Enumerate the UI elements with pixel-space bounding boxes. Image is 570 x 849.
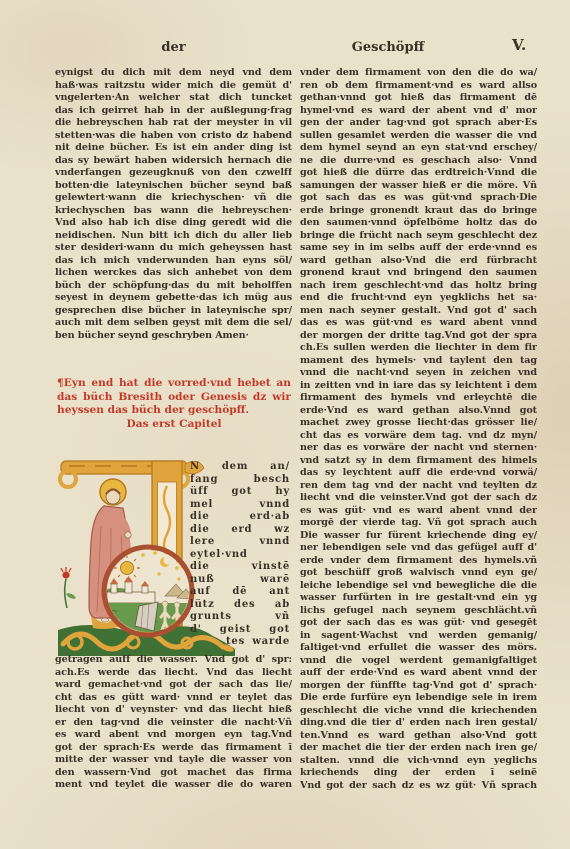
text-line: den saumen·vnnd öpfelböme holtz das do	[300, 217, 537, 230]
text-line: nach irem geschlecht·vnd das holtz bring	[300, 280, 537, 293]
text-line: gronend kraut vnd bringend den saumen	[300, 267, 537, 280]
rubric-heading: ¶Eyn end hat die vorred·vnd hebet andas …	[57, 377, 291, 431]
text-line: üff got hy	[190, 486, 290, 499]
text-line: das büch Bresith oder Genesis dz wir	[57, 391, 291, 405]
text-line: ding.vnd die tier d' erden nach iren ges…	[300, 717, 537, 730]
text-line: es ward abent vnd morgen eyn tag.Vnd	[55, 729, 292, 742]
text-line: in zeitten vnd in iare das sy leichtent …	[300, 380, 537, 393]
text-line: end die frucht·vnd eyn yegklichs het sa·	[300, 292, 537, 305]
thistle-flower	[61, 567, 76, 608]
text-line: ward gemachet·vnd got der sach das lie/	[55, 679, 292, 692]
text-line: ster desideri·wann du mich geheyssen has…	[55, 242, 292, 255]
text-line: mament des hymels· vnd taylent den tag	[300, 355, 537, 368]
text-line: die vinstē	[190, 561, 290, 574]
text-line: heyssen das büch der geschöpff.	[57, 404, 291, 418]
text-line: neidischen. Nun bitt ich dich du aller l…	[55, 230, 292, 243]
text-line: ch.Es sullen werden die liechter in dem …	[300, 342, 537, 355]
text-line: lere vnnd	[190, 536, 290, 549]
text-line: er den tag·vnd die veinster die nacht·Vñ	[55, 717, 292, 730]
left-column-below-woodcut: getragen auff die wasser. Vnd got d' spr…	[55, 654, 292, 792]
text-line: das ich mich vnderwunden han eyns söl/	[55, 255, 292, 268]
running-title-right: Geschöpff	[300, 40, 476, 55]
text-line: die erd wz	[190, 524, 290, 537]
text-line: erde vnder dem firmament des hymels.vñ	[300, 555, 537, 568]
text-line: büch der schöpfung·das du mit beholffen	[55, 280, 292, 293]
text-line: samungen der wasser hieß er die möre. Vñ	[300, 180, 537, 193]
text-line: gethan·vnnd got hieß das firmament dē	[300, 92, 537, 105]
text-line: liecht vnd die veinster.Vnd got der sach…	[300, 492, 537, 505]
text-line: got der sprach·Es werde das firmament ī	[55, 742, 292, 755]
text-line: got hieß die dürre das erdtreich·Vnnd di…	[300, 167, 537, 180]
text-line: lütz des ab	[190, 599, 290, 612]
text-line: in sagent·Wachst vnd werden gemanig/	[300, 630, 537, 643]
initial-wrap-text: N dem an/fang beschüff got hymel vnnddie…	[190, 461, 290, 649]
text-line: vnd satzt sy in dem firmament des himels	[300, 455, 537, 468]
text-line: vngelerten·An welcher stat dich tuncket	[55, 92, 292, 105]
text-line: gen der ander tag·vnd got sprach aber·Es	[300, 117, 537, 130]
text-line: got der sach das es was güt· vnd gesegēt	[300, 617, 537, 630]
text-line: auf dē ant	[190, 586, 290, 599]
text-line: Vnd also hab ich dise ding geredt wid di…	[55, 217, 292, 230]
text-line: Vnd got der sach dz es wz güt· Vñ sprach	[300, 780, 537, 793]
text-line: ner das es vorwäre der nacht vnd sternen…	[300, 442, 537, 455]
text-line: firmament des hymels vnd erleychtē die	[300, 392, 537, 405]
text-line: tes warde	[190, 636, 290, 649]
text-line: hymel·vnd es ward der abent vnd d' mor	[300, 105, 537, 118]
running-title-left: der	[55, 40, 292, 55]
text-line: eynigst du dich mit dem neyd vnd dem	[55, 67, 292, 80]
text-line: seyest in deynem gebette·das ich müg aus	[55, 292, 292, 305]
text-line: got beschüff groß walvisch vnnd eyn ge/	[300, 567, 537, 580]
text-line: dem hymel seynd an eyn stat·vnd erschey/	[300, 142, 537, 155]
text-line: das es was güt·vnd es ward abent vnnd	[300, 317, 537, 330]
text-line: vnnd die nacht·vnd seyen in zeichen vnd	[300, 367, 537, 380]
text-line: grunts vñ	[190, 611, 290, 624]
text-line: ne die durre·vnd es geschach also· Vnnd	[300, 155, 537, 168]
blessing-hand	[125, 532, 131, 538]
text-line: getragen auff die wasser. Vnd got d' spr…	[55, 654, 292, 667]
text-line: Die wasser fur fürent kriechende ding ey…	[300, 530, 537, 543]
text-line: got sach das es was güt·vnd sprach·Die	[300, 192, 537, 205]
text-line: ward gethan also·Vnd die erd fürbracht	[300, 255, 537, 268]
text-line: haß·was raitzstu wider mich die gemüt d'	[55, 80, 292, 93]
text-line: morgen der fünffte tag·Vnd got d' sprach…	[300, 680, 537, 693]
text-line: eytel·vnd	[190, 549, 290, 562]
text-line: lichen werckes das sich anhebet von dem	[55, 267, 292, 280]
text-line: nit deine bücher. Es ist ein ander ding …	[55, 142, 292, 155]
text-line: nuß warē	[190, 574, 290, 587]
text-line: same sey in im selbs auff der erde·vnnd …	[300, 242, 537, 255]
text-line: kriechyschen bas wann die hebreyschen·	[55, 205, 292, 218]
text-line: das sy leychtent auff die erde·vnd vorwä…	[300, 467, 537, 480]
left-column-prologue: eynigst du dich mit dem neyd vnd demhaß·…	[55, 67, 292, 342]
text-line: men nach seyner gestalt. Vnd got d' sach	[300, 305, 537, 318]
text-line: mel vnnd	[190, 499, 290, 512]
text-line: vnnd die vogel werdent gemanigfaltiget	[300, 655, 537, 668]
folio-number: V.	[512, 36, 526, 54]
text-line: der morgen der dritte tag.Vnd got der sp…	[300, 330, 537, 343]
text-line: gesprechen dise bücher in lateynische sp…	[55, 305, 292, 318]
text-line: wasser furfürten in ire gestalt·vnd ein …	[300, 592, 537, 605]
text-line: vnderfangen gezeugknuß von den czwelff	[55, 167, 292, 180]
text-line: das ich geirret hab in der außlegung·fra…	[55, 105, 292, 118]
text-line: ach.Es werde das liecht. Vnd das liecht	[55, 667, 292, 680]
text-line: der machet die tier der erden nach iren …	[300, 742, 537, 755]
text-line: stetten·was die haben von cristo dz habe…	[55, 130, 292, 143]
text-line: es was güt· vnd es ward abent vnnd der	[300, 505, 537, 518]
text-line: Das erst Capitel	[57, 418, 291, 432]
text-line: morgē der vierde tag. Vñ got sprach auch	[300, 517, 537, 530]
text-line: kriechends ding der erden ī seinē geschl…	[300, 767, 537, 780]
text-line: cht das es vorwäre dem tag. vnd dz myn/	[300, 430, 537, 443]
text-line: gelewtert·wann die kriechyschen· vñ die	[55, 192, 292, 205]
text-line: ¶Eyn end hat die vorred·vnd hebet an	[57, 377, 291, 391]
text-line: faltiget·vnd erfullet die wasser des mör…	[300, 642, 537, 655]
text-line: machet zwey grosse liecht·das grösser li…	[300, 417, 537, 430]
text-line: sullen gesamlet werden die wasser die vn…	[300, 130, 537, 143]
text-line: ment vnd teylet die wasser die do waren	[55, 779, 292, 792]
text-line: das sy bewärt haben widersich hernach di…	[55, 155, 292, 168]
text-line: vnder dem firmament von den die do wa/	[300, 67, 537, 80]
text-line: mitte der wasser vnd tayle die wasser vo…	[55, 754, 292, 767]
text-line: bringe die frücht nach seym geschlecht d…	[300, 230, 537, 243]
text-line: liecht von d' veynster· vnd das liecht h…	[55, 704, 292, 717]
text-line: ner lebendigen sele vnd das gefügel auff…	[300, 542, 537, 555]
text-line: ten.Vnnd es ward gethan also·Vnd gott	[300, 730, 537, 743]
text-line: N dem an/	[190, 461, 290, 474]
text-line: auch mit dem selben geyst mit dem die se…	[55, 317, 292, 330]
text-line: geschlecht die viche vnnd die kriechende…	[300, 705, 537, 718]
text-line: leiche lebendige sel vnd bewegliche die …	[300, 580, 537, 593]
text-line: cht das es gütt ward· vnnd er teylet das	[55, 692, 292, 705]
text-line: den wassern·Vnd got machet das firma	[55, 767, 292, 780]
text-line: auff der erde·Vnd es ward abent vnnd der	[300, 667, 537, 680]
text-line: stalten. vnnd die vich·vnnd eyn yeglichs	[300, 755, 537, 768]
text-line: d' geist got	[190, 624, 290, 637]
text-line: die hebreyschen hab rat der meyster in v…	[55, 117, 292, 130]
text-line: ren ob dem firmament·vnd es ward allso	[300, 80, 537, 93]
text-line: lichs gefugel nach seynem geschlächt.vñ	[300, 605, 537, 618]
text-line: botten·die lateynischen bücher seynd baß	[55, 180, 292, 193]
text-line: ren dem tag vnd der nacht vnd teylten dz	[300, 480, 537, 493]
text-line: erde bringe gronendt kraut das do bringe	[300, 205, 537, 218]
text-line: fang besch	[190, 474, 290, 487]
text-line: ben bücher seynd geschryben Amen·	[55, 330, 292, 343]
text-line: Die erde furfüre eyn lebendige sele in i…	[300, 692, 537, 705]
text-line: die erd·ab	[190, 511, 290, 524]
incunable-page: der Geschöpff V. eynigst du dich mit dem…	[0, 0, 570, 849]
right-column-text: vnder dem firmament von den die do wa/re…	[300, 67, 537, 792]
text-line: erde·Vnd es ward gethan also.Vnnd got	[300, 405, 537, 418]
